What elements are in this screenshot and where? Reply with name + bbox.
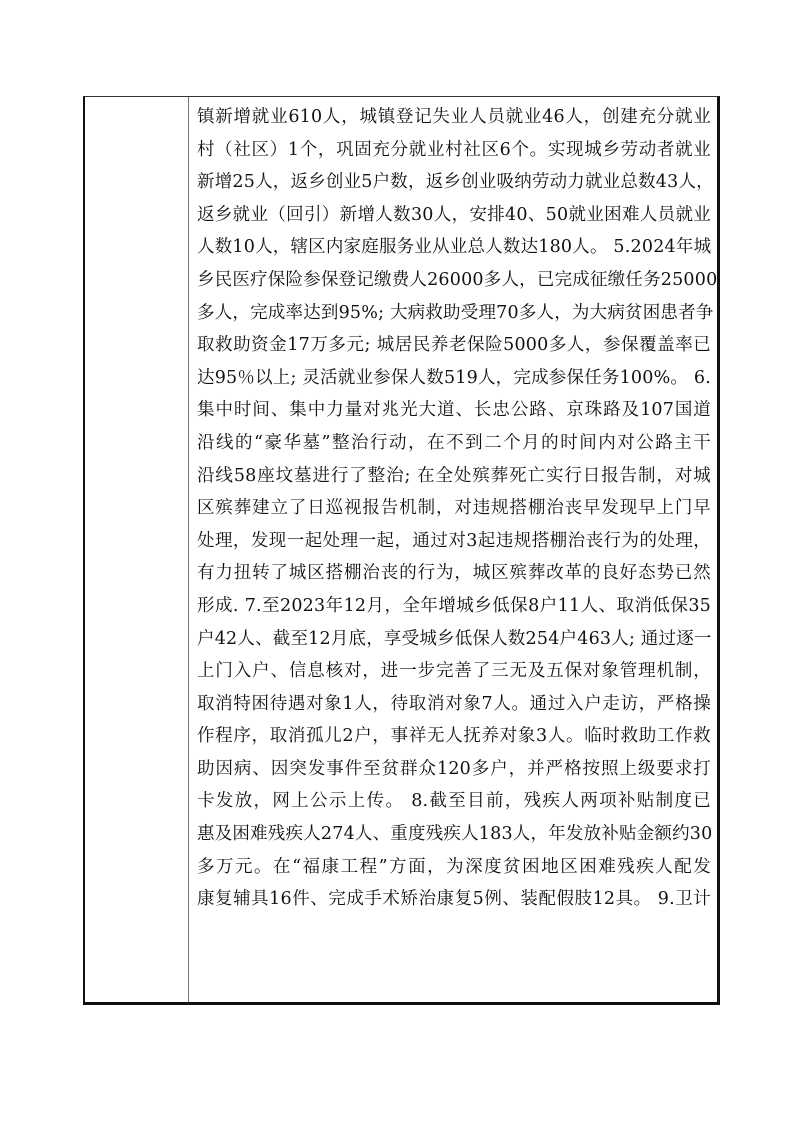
table-label-cell bbox=[85, 97, 189, 1002]
text-line: 多万元。在“福康工程”方面，为深度贫困地区困难残疾人配发 bbox=[197, 851, 711, 884]
text-line: 处理，发现一起处理一起，通过对3起违规搭棚治丧行为的处理， bbox=[197, 525, 711, 558]
text-line: 户42人、截至12月底，享受城乡低保人数254户463人; 通过逐一 bbox=[197, 623, 711, 656]
text-line: 达95％以上; 灵活就业参保人数519人，完成参保任务100%。 6. bbox=[197, 362, 711, 395]
text-line: 镇新增就业610人，城镇登记失业人员就业46人，创建充分就业 bbox=[197, 101, 711, 134]
text-line: 上门入户、信息核对，进一步完善了三无及五保对象管理机制， bbox=[197, 655, 711, 688]
text-line: 沿线58座坟墓进行了整治; 在全处殡葬死亡实行日报告制，对城 bbox=[197, 460, 711, 493]
text-line: 取救助资金17万多元; 城居民养老保险5000多人，参保覆盖率已 bbox=[197, 329, 711, 362]
text-line: 卡发放，网上公示上传。 8.截至目前，残疾人两项补贴制度已 bbox=[197, 785, 711, 818]
text-line: 作程序，取消孤儿2户，事祥无人抚养对象3人。临时救助工作救 bbox=[197, 720, 711, 753]
text-line: 人数10人，辖区内家庭服务业从业总人数达180人。 5.2024年城 bbox=[197, 231, 711, 264]
text-line: 形成. 7.至2023年12月，全年增城乡低保8户11人、取消低保35 bbox=[197, 590, 711, 623]
table-content-cell: 镇新增就业610人，城镇登记失业人员就业46人，创建充分就业 村（社区）1个，巩… bbox=[189, 97, 717, 1002]
text-line: 惠及困难残疾人274人、重度残疾人183人，年发放补贴金额约30 bbox=[197, 818, 711, 851]
text-line: 沿线的“豪华墓”整治行动，在不到二个月的时间内对公路主干 bbox=[197, 427, 711, 460]
text-line: 有力扭转了城区搭棚治丧的行为，城区殡葬改革的良好态势已然 bbox=[197, 557, 711, 590]
text-line: 区殡葬建立了日巡视报告机制，对违规搭棚治丧早发现早上门早 bbox=[197, 492, 711, 525]
content-table: 镇新增就业610人，城镇登记失业人员就业46人，创建充分就业 村（社区）1个，巩… bbox=[83, 96, 720, 1005]
text-line: 多人，完成率达到95%; 大病救助受理70多人，为大病贫困患者争 bbox=[197, 297, 711, 330]
text-line: 新增25人，返乡创业5户数，返乡创业吸纳劳动力就业总数43人， bbox=[197, 166, 711, 199]
text-line: 康复辅具16件、完成手术矫治康复5例、装配假肢12具。 9.卫计 bbox=[197, 883, 711, 916]
text-line: 取消特困待遇对象1人，待取消对象7人。通过入户走访，严格操 bbox=[197, 688, 711, 721]
text-line: 助因病、因突发事件至贫群众120多户，并严格按照上级要求打 bbox=[197, 753, 711, 786]
text-line: 村（社区）1个，巩固充分就业村社区6个。实现城乡劳动者就业 bbox=[197, 134, 711, 167]
text-line: 返乡就业（回引）新增人数30人，安排40、50就业困难人员就业 bbox=[197, 199, 711, 232]
text-line: 乡民医疗保险参保登记缴费人26000多人，已完成征缴任务25000 bbox=[197, 264, 711, 297]
text-line: 集中时间、集中力量对兆光大道、长忠公路、京珠路及107国道 bbox=[197, 394, 711, 427]
